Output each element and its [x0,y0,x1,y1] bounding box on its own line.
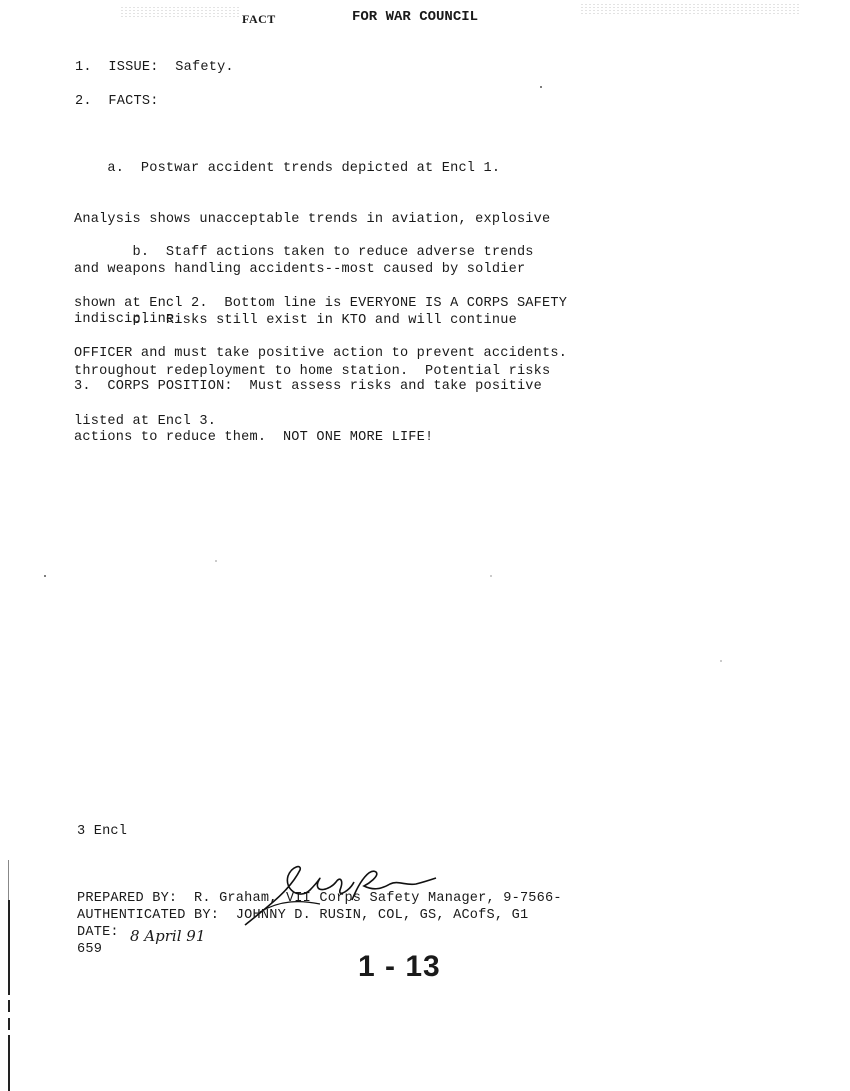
scan-edge-mark [8,1018,10,1030]
document-label: FACT [242,12,276,27]
enclosures-count: 3 Encl [77,824,127,839]
date-label: DATE: [77,925,119,940]
position-line: 3. CORPS POSITION: Must assess risks and… [74,379,542,396]
scan-edge-mark [8,900,10,995]
scan-speck [540,86,542,88]
facts-heading: 2. FACTS: [75,94,159,109]
authenticated-by-line: AUTHENTICATED BY: JOHNNY D. RUSIN, COL, … [77,908,528,923]
scan-edge-mark [8,1035,10,1091]
scan-noise-top-right [580,3,800,15]
corps-position-paragraph: 3. CORPS POSITION: Must assess risks and… [74,346,542,463]
date-handwritten: 8 April 91 [130,927,205,945]
scan-speck [215,560,217,562]
fact-c-line: c. Risks still exist in KTO and will con… [74,313,550,330]
position-line: actions to reduce them. NOT ONE MORE LIF… [74,430,542,447]
page-number: 1 - 13 [358,950,441,984]
scan-noise-top-left [120,6,240,18]
issue-line: 1. ISSUE: Safety. [75,60,234,75]
scan-speck [44,575,46,577]
fact-b-line: b. Staff actions taken to reduce adverse… [74,245,567,262]
scan-speck [720,660,722,662]
scan-edge-mark [8,1000,10,1012]
document-title: FOR WAR COUNCIL [352,9,478,25]
fact-a-line: a. Postwar accident trends depicted at E… [74,161,550,178]
scan-speck [490,575,492,577]
